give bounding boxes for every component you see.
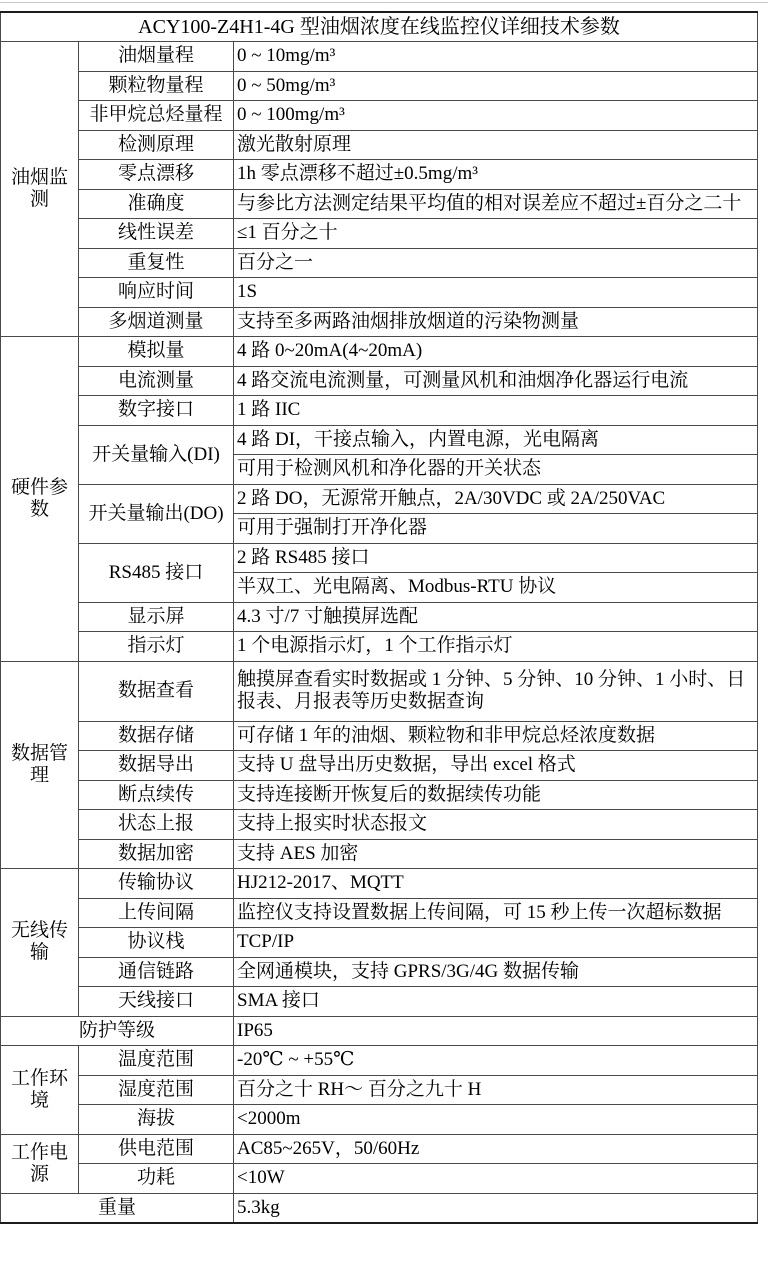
parameter-cell: 数据存储: [79, 721, 234, 751]
value-cell: 1S: [234, 278, 758, 308]
parameter-cell: 准确度: [79, 189, 234, 219]
value-cell: 支持 U 盘导出历史数据，导出 excel 格式: [234, 751, 758, 781]
value-cell: 2 路 DO，无源常开触点，2A/30VDC 或 2A/250VAC: [234, 484, 758, 514]
table-row: RS485 接口2 路 RS485 接口: [1, 543, 758, 573]
parameter-cell: 开关量输入(DI): [79, 425, 234, 484]
value-cell: TCP/IP: [234, 928, 758, 958]
parameter-cell: 防护等级: [1, 1016, 234, 1046]
parameter-cell: RS485 接口: [79, 543, 234, 602]
value-cell: 半双工、光电隔离、Modbus-RTU 协议: [234, 573, 758, 603]
table-row: 油烟监测油烟量程0 ~ 10mg/m³: [1, 42, 758, 72]
table-row: 功耗<10W: [1, 1164, 758, 1194]
table-row: 准确度与参比方法测定结果平均值的相对误差应不超过±百分之二十: [1, 189, 758, 219]
parameter-cell: 非甲烷总烃量程: [79, 101, 234, 131]
spec-table: ACY100-Z4H1-4G 型油烟浓度在线监控仪详细技术参数 油烟监测油烟量程…: [0, 11, 758, 1224]
value-cell: 支持上报实时状态报文: [234, 810, 758, 840]
table-row: 湿度范围百分之十 RH～ 百分之九十 H: [1, 1075, 758, 1105]
parameter-cell: 线性误差: [79, 219, 234, 249]
table-row: 指示灯1 个电源指示灯，1 个工作指示灯: [1, 632, 758, 662]
value-cell: 1 个电源指示灯，1 个工作指示灯: [234, 632, 758, 662]
category-cell: 工作环境: [1, 1046, 79, 1135]
parameter-cell: 功耗: [79, 1164, 234, 1194]
value-cell: 百分之一: [234, 248, 758, 278]
parameter-cell: 数据查看: [79, 661, 234, 721]
parameter-cell: 供电范围: [79, 1134, 234, 1164]
table-row: 开关量输出(DO)2 路 DO，无源常开触点，2A/30VDC 或 2A/250…: [1, 484, 758, 514]
spec-sheet: ACY100-Z4H1-4G 型油烟浓度在线监控仪详细技术参数 油烟监测油烟量程…: [0, 0, 768, 1268]
parameter-cell: 多烟道测量: [79, 307, 234, 337]
value-cell: 1 路 IIC: [234, 396, 758, 426]
value-cell: <2000m: [234, 1105, 758, 1135]
parameter-cell: 通信链路: [79, 957, 234, 987]
parameter-cell: 响应时间: [79, 278, 234, 308]
table-row: 零点漂移1h 零点漂移不超过±0.5mg/m³: [1, 160, 758, 190]
parameter-cell: 开关量输出(DO): [79, 484, 234, 543]
table-row: 颗粒物量程0 ~ 50mg/m³: [1, 71, 758, 101]
table-row: 通信链路全网通模块，支持 GPRS/3G/4G 数据传输: [1, 957, 758, 987]
parameter-cell: 数字接口: [79, 396, 234, 426]
parameter-cell: 油烟量程: [79, 42, 234, 72]
parameter-cell: 指示灯: [79, 632, 234, 662]
category-cell: 数据管理: [1, 661, 79, 869]
parameter-cell: 重复性: [79, 248, 234, 278]
parameter-cell: 颗粒物量程: [79, 71, 234, 101]
value-cell: 4 路 DI，干接点输入，内置电源，光电隔离: [234, 425, 758, 455]
value-cell: 4 路 0~20mA(4~20mA): [234, 337, 758, 367]
value-cell: 0 ~ 10mg/m³: [234, 42, 758, 72]
value-cell: 激光散射原理: [234, 130, 758, 160]
value-cell: 4 路交流电流测量，可测量风机和油烟净化器运行电流: [234, 366, 758, 396]
table-row: 天线接口SMA 接口: [1, 987, 758, 1017]
value-cell: AC85~265V，50/60Hz: [234, 1134, 758, 1164]
value-cell: 1h 零点漂移不超过±0.5mg/m³: [234, 160, 758, 190]
value-cell: 可用于强制打开净化器: [234, 514, 758, 544]
table-row: 数据导出支持 U 盘导出历史数据，导出 excel 格式: [1, 751, 758, 781]
parameter-cell: 协议栈: [79, 928, 234, 958]
table-row: 数据存储可存储 1 年的油烟、颗粒物和非甲烷总烃浓度数据: [1, 721, 758, 751]
value-cell: 5.3kg: [234, 1193, 758, 1223]
category-cell: 硬件参数: [1, 337, 79, 662]
table-row: 线性误差≤1 百分之十: [1, 219, 758, 249]
table-row: 多烟道测量支持至多两路油烟排放烟道的污染物测量: [1, 307, 758, 337]
spec-table-body: ACY100-Z4H1-4G 型油烟浓度在线监控仪详细技术参数 油烟监测油烟量程…: [1, 12, 758, 1223]
table-row: 硬件参数模拟量4 路 0~20mA(4~20mA): [1, 337, 758, 367]
parameter-cell: 状态上报: [79, 810, 234, 840]
table-row: 无线传输传输协议HJ212-2017、MQTT: [1, 869, 758, 899]
table-row: 显示屏4.3 寸/7 寸触摸屏选配: [1, 602, 758, 632]
table-row: 上传间隔监控仪支持设置数据上传间隔，可 15 秒上传一次超标数据: [1, 898, 758, 928]
parameter-cell: 数据加密: [79, 839, 234, 869]
value-cell: 可存储 1 年的油烟、颗粒物和非甲烷总烃浓度数据: [234, 721, 758, 751]
table-title: ACY100-Z4H1-4G 型油烟浓度在线监控仪详细技术参数: [1, 12, 758, 42]
value-cell: 4.3 寸/7 寸触摸屏选配: [234, 602, 758, 632]
value-cell: 支持连接断开恢复后的数据续传功能: [234, 780, 758, 810]
parameter-cell: 电流测量: [79, 366, 234, 396]
table-row: 协议栈TCP/IP: [1, 928, 758, 958]
value-cell: 2 路 RS485 接口: [234, 543, 758, 573]
value-cell: 支持 AES 加密: [234, 839, 758, 869]
category-cell: 无线传输: [1, 869, 79, 1017]
parameter-cell: 湿度范围: [79, 1075, 234, 1105]
parameter-cell: 温度范围: [79, 1046, 234, 1076]
category-cell: 工作电源: [1, 1134, 79, 1193]
table-row: 防护等级IP65: [1, 1016, 758, 1046]
parameter-cell: 上传间隔: [79, 898, 234, 928]
value-cell: 0 ~ 50mg/m³: [234, 71, 758, 101]
table-row: 电流测量4 路交流电流测量，可测量风机和油烟净化器运行电流: [1, 366, 758, 396]
table-row: 断点续传支持连接断开恢复后的数据续传功能: [1, 780, 758, 810]
page-top-rule: [0, 2, 768, 3]
parameter-cell: 天线接口: [79, 987, 234, 1017]
value-cell: 0 ~ 100mg/m³: [234, 101, 758, 131]
table-row: 工作环境温度范围-20℃ ~ +55℃: [1, 1046, 758, 1076]
parameter-cell: 传输协议: [79, 869, 234, 899]
table-row: 工作电源供电范围AC85~265V，50/60Hz: [1, 1134, 758, 1164]
parameter-cell: 数据导出: [79, 751, 234, 781]
table-row: 检测原理激光散射原理: [1, 130, 758, 160]
value-cell: IP65: [234, 1016, 758, 1046]
value-cell: <10W: [234, 1164, 758, 1194]
value-cell: 百分之十 RH～ 百分之九十 H: [234, 1075, 758, 1105]
value-cell: 支持至多两路油烟排放烟道的污染物测量: [234, 307, 758, 337]
parameter-cell: 断点续传: [79, 780, 234, 810]
table-row: 响应时间1S: [1, 278, 758, 308]
table-row: 数字接口1 路 IIC: [1, 396, 758, 426]
table-row: 非甲烷总烃量程0 ~ 100mg/m³: [1, 101, 758, 131]
table-row: 数据加密支持 AES 加密: [1, 839, 758, 869]
value-cell: -20℃ ~ +55℃: [234, 1046, 758, 1076]
value-cell: 全网通模块，支持 GPRS/3G/4G 数据传输: [234, 957, 758, 987]
parameter-cell: 显示屏: [79, 602, 234, 632]
table-row: 状态上报支持上报实时状态报文: [1, 810, 758, 840]
value-cell: 可用于检测风机和净化器的开关状态: [234, 455, 758, 485]
parameter-cell: 检测原理: [79, 130, 234, 160]
value-cell: 监控仪支持设置数据上传间隔，可 15 秒上传一次超标数据: [234, 898, 758, 928]
value-cell: HJ212-2017、MQTT: [234, 869, 758, 899]
value-cell: SMA 接口: [234, 987, 758, 1017]
table-row: 开关量输入(DI)4 路 DI，干接点输入，内置电源，光电隔离: [1, 425, 758, 455]
table-row: 海拔<2000m: [1, 1105, 758, 1135]
category-cell: 油烟监测: [1, 42, 79, 337]
value-cell: 与参比方法测定结果平均值的相对误差应不超过±百分之二十: [234, 189, 758, 219]
table-row: 重量5.3kg: [1, 1193, 758, 1223]
value-cell: ≤1 百分之十: [234, 219, 758, 249]
parameter-cell: 零点漂移: [79, 160, 234, 190]
parameter-cell: 模拟量: [79, 337, 234, 367]
table-row: 重复性百分之一: [1, 248, 758, 278]
parameter-cell: 海拔: [79, 1105, 234, 1135]
parameter-cell: 重量: [1, 1193, 234, 1223]
title-row: ACY100-Z4H1-4G 型油烟浓度在线监控仪详细技术参数: [1, 12, 758, 42]
value-cell: 触摸屏查看实时数据或 1 分钟、5 分钟、10 分钟、1 小时、日报表、月报表等…: [234, 661, 758, 721]
table-row: 数据管理数据查看触摸屏查看实时数据或 1 分钟、5 分钟、10 分钟、1 小时、…: [1, 661, 758, 721]
